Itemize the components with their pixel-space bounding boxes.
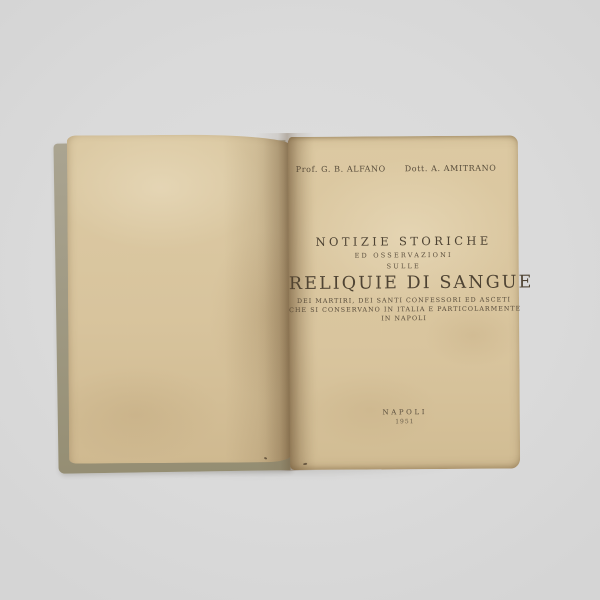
right-page-title-page: Prof. G. B. ALFANO Dott. A. AMITRANO NOT… (288, 135, 520, 470)
left-page (67, 134, 292, 464)
imprint-year: 1951 (290, 417, 520, 426)
author-amitrano: Dott. A. AMITRANO (405, 164, 497, 174)
main-title: RELIQUIE DI SANGUE (289, 272, 519, 294)
left-page-curl-shading (67, 134, 292, 464)
subtitle-line-3: IN NAPOLI (289, 313, 519, 324)
title-block: NOTIZIE STORICHE ED OSSERVAZIONI SULLE R… (289, 233, 520, 324)
pre-title-line-1: NOTIZIE STORICHE (289, 233, 519, 249)
author-alfano: Prof. G. B. ALFANO (296, 164, 386, 174)
photo-scene: Prof. G. B. ALFANO Dott. A. AMITRANO NOT… (0, 0, 600, 600)
open-book: Prof. G. B. ALFANO Dott. A. AMITRANO NOT… (0, 0, 600, 600)
pre-title-line-2: ED OSSERVAZIONI (289, 250, 519, 260)
pre-title-line-3: SULLE (289, 261, 519, 271)
imprint-city: NAPOLI (290, 407, 520, 417)
authors-row: Prof. G. B. ALFANO Dott. A. AMITRANO (288, 163, 518, 174)
imprint: NAPOLI 1951 (290, 407, 520, 426)
